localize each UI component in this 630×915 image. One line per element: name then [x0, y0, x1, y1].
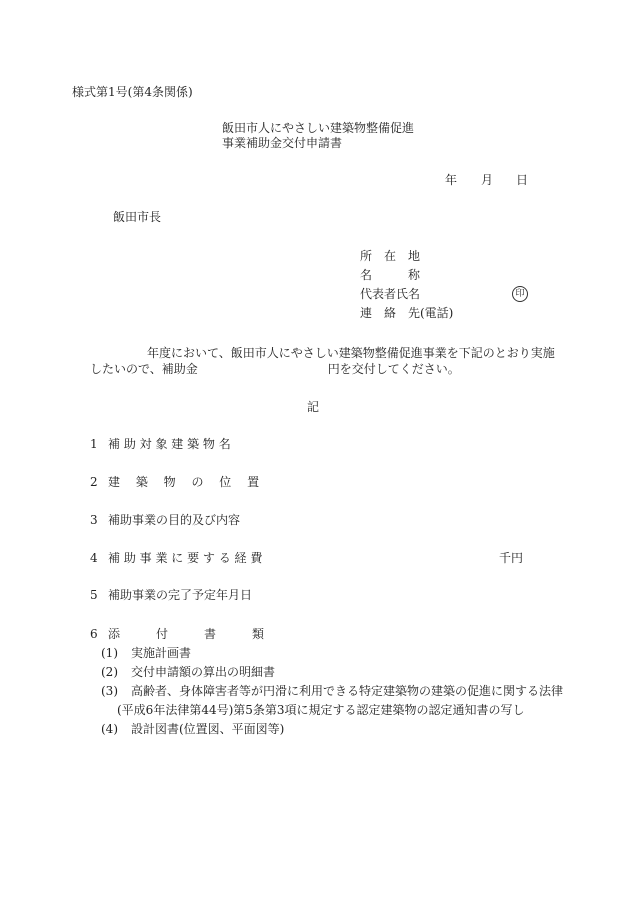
- item-number: 4: [90, 550, 108, 566]
- item-6: 6添 付 書 類: [90, 626, 264, 642]
- item-3: 3補助事業の目的及び内容: [90, 512, 240, 528]
- attachment-1: (1)実施計画書: [101, 645, 191, 661]
- item-number: 1: [90, 436, 108, 452]
- seal-icon: 印: [512, 286, 528, 302]
- attachment-2: (2)交付申請額の算出の明細書: [101, 664, 275, 680]
- document-title-line2: 事業補助金交付申請書: [222, 135, 342, 151]
- attachment-number: (3): [101, 683, 131, 699]
- date-month-label: 月: [481, 172, 493, 188]
- body-text-line1: 年度において、飯田市人にやさしい建築物整備促進事業を下記のとおり実施: [147, 345, 555, 361]
- attachment-text: 交付申請額の算出の明細書: [131, 665, 275, 679]
- item-label: 補 助 事 業 に 要 す る 経 費: [108, 551, 262, 565]
- item-5: 5補助事業の完了予定年月日: [90, 587, 252, 603]
- applicant-representative-label: 代表者氏名: [360, 286, 420, 302]
- item-1: 1補 助 対 象 建 築 物 名: [90, 436, 231, 452]
- attachment-number: (2): [101, 664, 131, 680]
- applicant-name-label: 名 称: [360, 267, 420, 283]
- attachment-text: 設計図書(位置図、平面図等): [131, 722, 284, 736]
- applicant-contact-label: 連 絡 先(電話): [360, 305, 453, 321]
- attachment-number: (1): [101, 645, 131, 661]
- item-label: 補助事業の完了予定年月日: [108, 588, 252, 602]
- item-number: 2: [90, 474, 108, 490]
- attachment-3-continuation: (平成6年法律第44号)第5条第3項に規定する認定建築物の認定通知書の写し: [117, 702, 525, 718]
- item-number: 5: [90, 587, 108, 603]
- attachment-3: (3)高齢者、身体障害者等が円滑に利用できる特定建築物の建築の促進に関する法律: [101, 683, 563, 699]
- attachment-4: (4)設計図書(位置図、平面図等): [101, 721, 284, 737]
- attachment-text: 高齢者、身体障害者等が円滑に利用できる特定建築物の建築の促進に関する法律: [131, 684, 563, 698]
- item-label: 補助事業の目的及び内容: [108, 513, 240, 527]
- date-day-label: 日: [516, 172, 528, 188]
- item-label: 添 付 書 類: [108, 627, 264, 641]
- item-number: 6: [90, 626, 108, 642]
- addressee: 飯田市長: [113, 209, 161, 225]
- attachment-number: (4): [101, 721, 131, 737]
- body-line2-suffix: 円を交付してください。: [328, 362, 460, 376]
- attachment-text: 実施計画書: [131, 646, 191, 660]
- body-line2-prefix: したいので、補助金: [90, 362, 198, 376]
- form-number: 様式第1号(第4条関係): [72, 84, 193, 100]
- document-title-line1: 飯田市人にやさしい建築物整備促進: [222, 120, 414, 136]
- ki-heading: 記: [307, 399, 319, 415]
- body-text-line2: したいので、補助金円を交付してください。: [90, 361, 460, 377]
- item-2: 2建 築 物 の 位 置: [90, 474, 259, 490]
- cost-unit: 千円: [499, 550, 523, 566]
- item-4: 4補 助 事 業 に 要 す る 経 費: [90, 550, 262, 566]
- item-label: 建 築 物 の 位 置: [108, 475, 259, 489]
- date-year-label: 年: [445, 172, 457, 188]
- item-label: 補 助 対 象 建 築 物 名: [108, 437, 231, 451]
- applicant-address-label: 所 在 地: [360, 248, 420, 264]
- item-number: 3: [90, 512, 108, 528]
